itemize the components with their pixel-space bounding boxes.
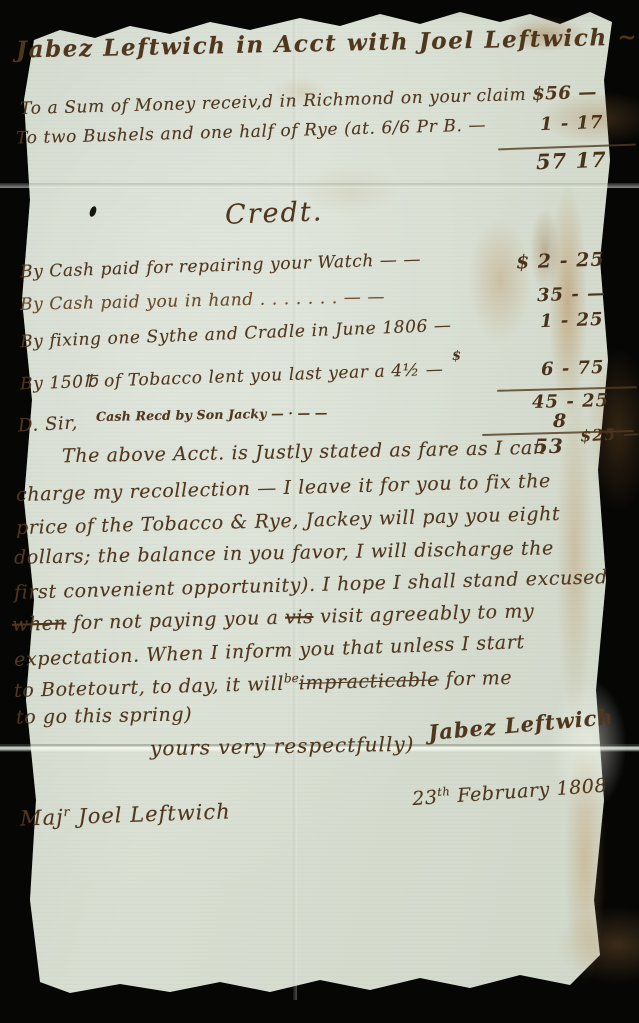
addressee-rank: Maj — [20, 805, 64, 831]
debit-line-2-amount: 1 - 17 — [540, 112, 604, 135]
credit-subtotal: 45 - 25 — [532, 390, 610, 413]
body-line-9: to go this spring) — [16, 703, 193, 728]
debit-total: 57 17 — [536, 147, 608, 174]
credit-line-4-amount: 6 - 75 — [541, 357, 605, 380]
date-day: 23 — [412, 786, 439, 810]
credit-cash-received-amount: 8 — [553, 410, 567, 432]
fold-crease-top — [0, 183, 639, 188]
credit-line-2-amount: 35 - — — [537, 283, 607, 306]
salutation: D. Sir, — [17, 412, 78, 436]
body-line-8-end: for me — [439, 667, 513, 691]
word-impracticable: impracticable — [299, 669, 440, 695]
debit-line-1-amount: $56 — — [532, 82, 597, 105]
credit-heading: Credt. — [224, 196, 323, 230]
scanned-document: Jabez Leftwich in Acct with Joel Leftwic… — [0, 0, 639, 1023]
credit-line-3-amount: 1 - 25 — [540, 309, 604, 332]
inserted-word-be: be — [284, 671, 299, 685]
closing-text: yours very respectfully) — [150, 732, 415, 761]
credit-line-1-amount: $ 2 - 25 — [516, 248, 605, 273]
struck-word-when: when — [12, 612, 67, 635]
struck-word-vis: vis — [285, 606, 314, 629]
credit-line-4-currency-mark: $ — [452, 349, 462, 364]
date-ordinal: th — [437, 784, 451, 799]
credit-total-cents: $25 — — [580, 423, 639, 445]
